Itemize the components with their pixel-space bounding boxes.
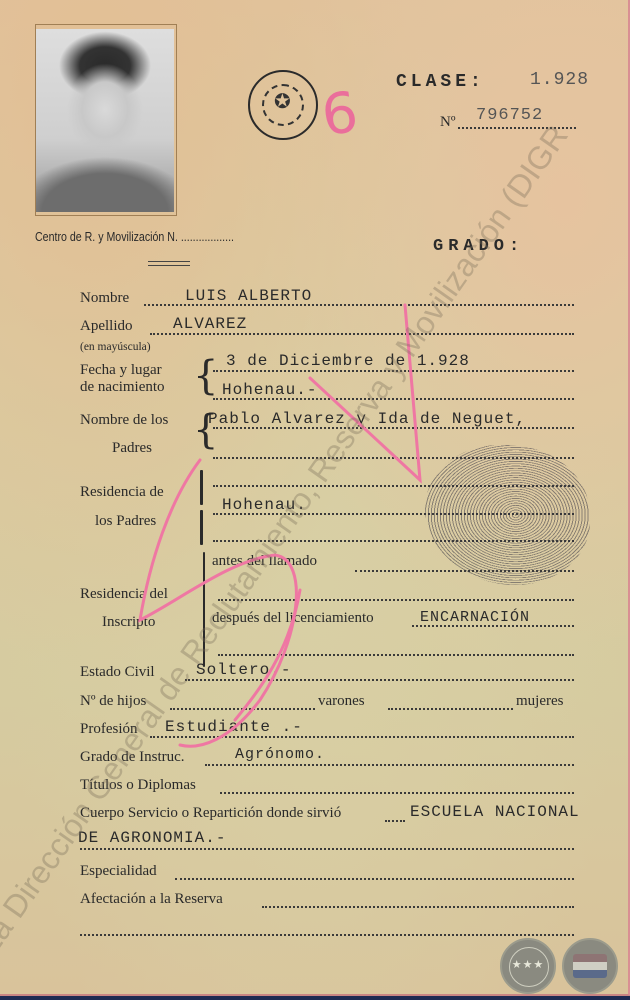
- military-registration-card: Centro de R. y Movilización N. .........…: [0, 0, 630, 996]
- institution-seal-stars-icon: ★★★: [500, 938, 556, 994]
- institution-seal-flag-icon: [562, 938, 618, 994]
